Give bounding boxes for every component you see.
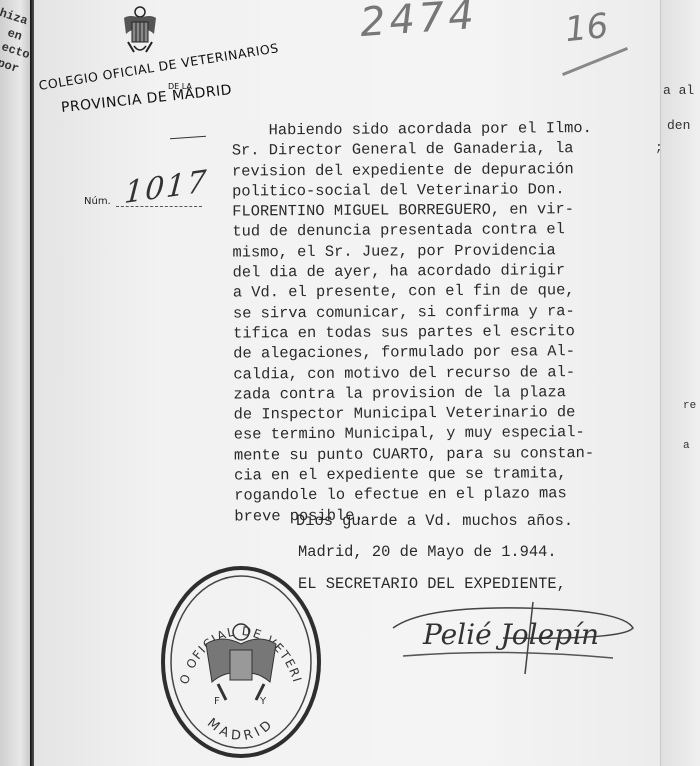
right-page-fragment: a (683, 440, 690, 452)
svg-text:F: F (214, 696, 220, 707)
letterhead-line-3: PROVINCIA DE MADRID (60, 82, 232, 116)
official-stamp: COLEGIO OFICIAL DE VETERINARIOS MADRID F… (160, 564, 322, 760)
reference-number: Núm. 1017 (84, 168, 202, 208)
signatory-title: EL SECRETARIO DEL EXPEDIENTE, (298, 575, 566, 593)
signature: Pelié Jolepín (383, 598, 643, 678)
svg-text:Y: Y (259, 696, 267, 707)
right-page-fragment: re (683, 400, 696, 412)
coat-of-arms-icon (120, 4, 160, 56)
left-page-edge: hiza en ecto por (0, 0, 34, 766)
letter-body: Habiendo sido acordada por el Ilmo.Sr. D… (232, 117, 675, 526)
stamp-bottom-text: MADRID (204, 716, 278, 744)
right-page-fragment: a al (663, 83, 694, 98)
date-line: Madrid, 20 de Mayo de 1.944. (298, 543, 557, 561)
pencil-folio-number: 16 (563, 6, 610, 50)
farewell-line: Dios guarde a Vd. muchos años. (296, 512, 573, 530)
reference-value: 1017 (123, 164, 209, 211)
reference-label: Núm. (84, 196, 111, 207)
svg-text:Pelié Jolepín: Pelié Jolepín (422, 618, 599, 651)
letterhead-rule (170, 136, 206, 140)
left-page-fragment: hiza (0, 6, 29, 28)
